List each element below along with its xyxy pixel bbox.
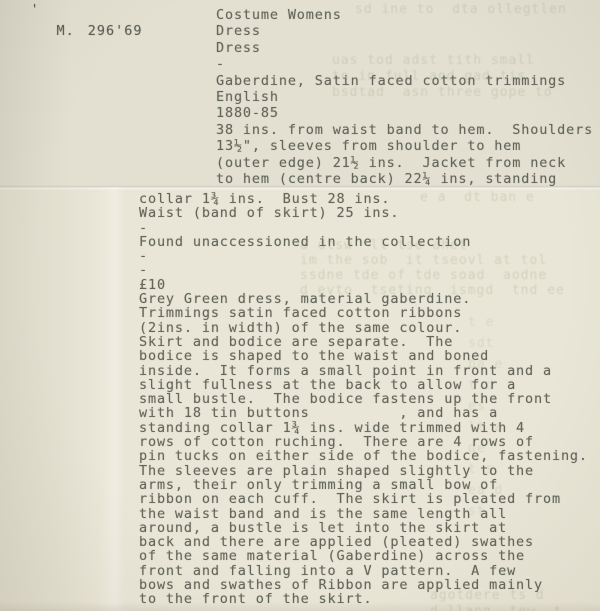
- typed-line: English: [216, 89, 593, 105]
- typed-line: ribbon on each cuff. The skirt is pleate…: [139, 492, 588, 506]
- accession-value: 296'69: [88, 23, 143, 39]
- typed-line: -: [139, 263, 588, 277]
- typed-line: 38 ins. from waist band to hem. Shoulder…: [216, 122, 593, 138]
- typed-line: Dress: [216, 40, 593, 56]
- accession-number: M.'296'69: [20, 7, 143, 55]
- typed-line: of the same material (Gaberdine) across …: [139, 549, 588, 563]
- typed-line: around, a bustle is let into the skirt a…: [139, 521, 588, 535]
- typed-line: -: [139, 249, 588, 263]
- typed-line: -: [139, 221, 588, 235]
- typed-line: Costume Womens: [216, 7, 593, 23]
- typed-line: 13½", sleeves from shoulder to hem: [216, 138, 593, 154]
- typed-line: The sleeves are plain shaped slightly to…: [139, 464, 588, 478]
- typed-line: Trimmings satin faced cotton ribbons: [139, 306, 588, 320]
- accession-tick-mark: ': [31, 2, 39, 16]
- paper-crease-left: [0, 187, 125, 611]
- typed-line: front and falling into a V pattern. A fe…: [139, 564, 588, 578]
- typed-line: bodice is shaped to the waist and boned: [139, 349, 588, 363]
- typed-line: (outer edge) 21½ ins. Jacket from neck: [216, 155, 593, 171]
- typed-line: standing collar 1¾ ins. wide trimmed wit…: [139, 421, 588, 435]
- catalogue-card-scan: sd ine to dta ollegtlen uas tod adst tit…: [0, 0, 600, 611]
- typed-line: to the front of the skirt.: [139, 592, 588, 606]
- typed-line: -: [216, 56, 593, 72]
- typed-line: to hem (centre back) 22¼ ins, standing: [216, 171, 593, 187]
- typed-line: slight fullness at the back to allow for…: [139, 378, 588, 392]
- typed-line: Waist (band of skirt) 25 ins.: [139, 206, 588, 220]
- typed-line: (2ins. in width) of the same colour.: [139, 321, 588, 335]
- description-block: collar 1¾ ins. Bust 28 ins.Waist (band o…: [139, 192, 588, 607]
- typed-line: pin tucks on either side of the bodice, …: [139, 449, 588, 463]
- typed-line: Gaberdine, Satin faced cotton trimmings: [216, 73, 593, 89]
- typed-line: 1880-85: [216, 105, 593, 121]
- typed-line: Found unaccessioned in the collection: [139, 235, 588, 249]
- typed-line: inside. It forms a small point in front …: [139, 364, 588, 378]
- accession-prefix: M.: [57, 23, 75, 39]
- typed-line: with 18 tin buttons , and has a: [139, 406, 588, 420]
- typed-line: Dress: [216, 23, 593, 39]
- typed-line: £10: [139, 278, 588, 292]
- object-details-block: Costume WomensDressDress-Gaberdine, Sati…: [216, 7, 593, 187]
- typed-line: the waist band and is the same length al…: [139, 507, 588, 521]
